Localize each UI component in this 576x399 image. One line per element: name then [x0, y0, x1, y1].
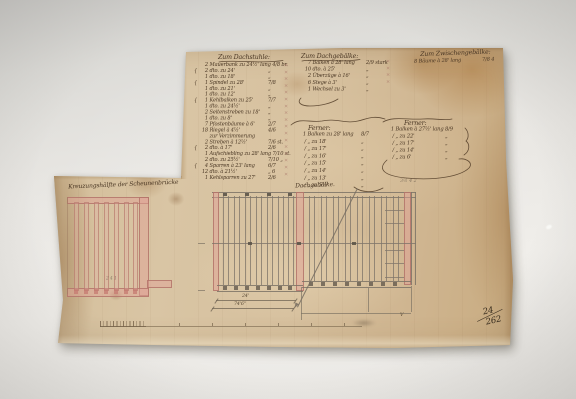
materials-row: 12 dto. à 21½' „ 6: [194, 169, 294, 175]
joist: [288, 196, 294, 285]
right-ladder-beam: [404, 192, 411, 285]
row-item: dto. zu 25½': [210, 157, 267, 163]
dimension-label-74: 74'6": [234, 301, 246, 307]
row-item: dto. à 21½': [210, 169, 267, 175]
joist: [309, 196, 315, 281]
row-item: „ zu 22': [396, 133, 444, 139]
joist: [234, 196, 240, 285]
row-quantity: 2: [200, 67, 209, 73]
joist: [321, 196, 327, 281]
materials-row: { 1 Spindel zu 28' 7/8: [194, 79, 294, 85]
paper-edge-bottom: [54, 335, 515, 348]
pencil-smudge: [352, 319, 376, 327]
row-quantity: /: [298, 160, 307, 166]
row-value: „: [361, 182, 387, 188]
joist-seat: [393, 282, 397, 286]
scale-line: [100, 326, 362, 327]
materials-row: 1 Aufschiebling zu 28' lang 7/10 st.: [194, 151, 294, 157]
row-quantity: 1: [200, 85, 209, 91]
materials-row: 1 Kehlsparren zu 27' 2/6: [194, 174, 294, 180]
row-value: „: [268, 109, 294, 115]
drop-line: [301, 287, 302, 320]
row-quantity: 18: [200, 127, 209, 133]
row-item: „ zu 14': [308, 167, 360, 173]
row-quantity: 8: [408, 58, 417, 64]
caption-center-drawing: Dachgebälke.: [295, 181, 335, 189]
pencil-note: 3½ 4 2: [400, 178, 417, 184]
row-item: Balken à 28' lang: [313, 60, 365, 66]
joist: [133, 202, 138, 291]
row-item: Aufschiebling zu 28' lang: [210, 151, 271, 157]
joist: [357, 196, 363, 281]
row-value: „ 6: [268, 169, 294, 175]
row-item: dto. à 17': [210, 145, 267, 151]
check-marks-dachstuhl: × × × × × × × × × × × × × × × × ×: [284, 62, 288, 178]
row-item: Mauerbank zu 24½' lang: [210, 62, 271, 68]
left-framing-plan: [66, 196, 174, 302]
right-beam: [411, 192, 417, 285]
joist-seat: [369, 282, 373, 286]
joist: [94, 202, 99, 291]
extension-tick: [198, 290, 205, 291]
joist-seat: [321, 282, 325, 286]
materials-row: / „ zu 14' „: [292, 167, 387, 174]
row-quantity: /: [298, 138, 307, 144]
dust-speck: [545, 224, 552, 230]
scale-tick: [245, 323, 246, 327]
row-quantity: 1: [386, 126, 395, 132]
row-value: 8/9: [445, 126, 471, 132]
joist: [333, 196, 339, 281]
joint-node: [248, 242, 252, 245]
joist: [245, 196, 251, 285]
materials-row: / „ zu 16' „: [292, 153, 387, 160]
joist: [223, 196, 229, 285]
flourish-over-ferner-links: [291, 117, 385, 125]
joist-seat: [278, 286, 282, 290]
ladder-rung: [385, 210, 404, 211]
drop-line: [368, 288, 369, 312]
joist-seat: [133, 289, 137, 294]
materials-row: 1 Balken zu 28' lang 8/7: [292, 131, 387, 138]
paper-notch-edge-vertical: [181, 49, 187, 179]
joint-node: [267, 193, 271, 196]
materials-row: 2 Überzüge à 16' „: [297, 73, 392, 80]
ladder-rung: [385, 250, 404, 251]
joist: [124, 202, 129, 291]
materials-row: 6 Stege à 3' „: [297, 80, 392, 87]
row-value: „: [268, 103, 294, 109]
row-value: 2/6: [268, 174, 294, 180]
row-quantity: /: [298, 153, 307, 159]
row-value: „: [366, 86, 392, 92]
materials-row: 2 dto. zu 25½' 7/10 „: [194, 157, 294, 163]
row-value: 7/8 4: [482, 56, 508, 62]
archive-denominator: 262: [485, 314, 503, 327]
dimension-label-24: 24': [242, 293, 249, 299]
row-quantity: 1: [200, 151, 209, 157]
row-item: Kehlbalken zu 25': [210, 97, 267, 103]
v-mark: V: [400, 312, 403, 318]
joist-seat: [267, 286, 271, 290]
row-value: „: [361, 167, 387, 173]
row-quantity: 2: [200, 62, 209, 68]
row-quantity: 6: [303, 80, 312, 86]
row-item: dto. zu 8': [210, 115, 267, 121]
row-value: „: [361, 160, 387, 166]
row-quantity: /: [386, 133, 395, 139]
row-quantity: /: [386, 147, 395, 153]
row-value: „: [445, 154, 471, 160]
row-item: zur Verzimmerung: [210, 133, 267, 139]
row-value: 4/6: [268, 127, 294, 133]
row-quantity: 1: [200, 91, 209, 97]
joint-node: [223, 193, 227, 196]
row-item: „ zu 18': [308, 138, 360, 144]
row-item: Balken à 27½' lang: [396, 126, 444, 132]
row-quantity: /: [386, 154, 395, 160]
materials-row: 18 Riegel à 4½' 4/6: [194, 127, 294, 133]
joist-seat: [345, 282, 349, 286]
row-quantity: 7: [303, 60, 312, 66]
joist-seat: [288, 286, 292, 290]
row-item: Spindel zu 28': [210, 79, 267, 85]
row-value: „: [268, 73, 294, 79]
row-item: dto. zu 24½': [210, 103, 267, 109]
row-quantity: 2: [200, 139, 209, 145]
row-value: „: [268, 67, 294, 73]
joist: [369, 196, 375, 281]
row-item: „ zu 15': [308, 160, 360, 166]
row-item: Streben à 12½': [210, 139, 267, 145]
materials-row: 2 Streben à 12½' 7/6 st.: [194, 139, 294, 145]
materials-row: zur Verzimmerung: [194, 133, 294, 139]
row-value: 2/6: [268, 145, 294, 151]
row-item: „ zu 17': [396, 140, 444, 146]
row-brace: {: [194, 79, 198, 85]
row-brace: {: [194, 67, 198, 73]
scale-tick: [311, 323, 312, 327]
row-item: „ zu 6': [396, 154, 444, 160]
scale-tick: [212, 323, 213, 327]
row-item: Seitenstreben zu 18': [210, 109, 267, 115]
materials-row: / „ zu 14' „: [380, 147, 471, 154]
row-item: dto. zu 18': [210, 73, 267, 79]
joist-seat: [234, 286, 238, 290]
left-sill-beam: [213, 192, 220, 291]
row-value: „: [268, 91, 294, 97]
paper-sheet: Zum Dachstuhle: 2 Mauerbank zu 24½' lang…: [54, 47, 515, 349]
joist: [256, 196, 262, 285]
joint-node: [288, 193, 292, 196]
row-item: dto. zu 21': [210, 85, 267, 91]
archive-number: 24 262: [474, 300, 519, 333]
row-brace: {: [194, 145, 198, 151]
joint-node: [245, 193, 249, 196]
dimension-line-24: [216, 300, 296, 301]
row-item: Überzüge à 16': [313, 73, 365, 79]
paper-surface: Zum Dachstuhle: 2 Mauerbank zu 24½' lang…: [54, 47, 515, 349]
row-value: „: [445, 133, 471, 139]
materials-row: 1 dto. zu 18' „: [194, 73, 294, 79]
materials-row: 1 dto. zu 24½' „: [194, 103, 294, 109]
row-item: Balken zu 28' lang: [308, 131, 360, 137]
materials-row: / „ zu 6' „: [380, 154, 471, 161]
dachstuhl-rows: 2 Mauerbank zu 24½' lang 4/8 br. { 2 dto…: [194, 62, 294, 181]
row-value: 6/7: [268, 163, 294, 169]
left-edge-line: [67, 197, 68, 294]
row-item: Riegel à 4½': [210, 127, 267, 133]
row-item: „ zu 14': [396, 147, 444, 153]
joist-seat: [74, 289, 78, 294]
row-quantity: 1: [200, 115, 209, 121]
materials-row: { 1 Kehlbalken zu 25' 7/7: [194, 97, 294, 103]
joint-node: [297, 242, 301, 245]
materials-row: 2 Seitenstreben zu 18' „: [194, 109, 294, 115]
joist-seat: [223, 286, 227, 290]
row-quantity: 1: [200, 97, 209, 103]
row-quantity: /: [386, 140, 395, 146]
materials-row: 1 dto. zu 12' „: [194, 91, 294, 97]
row-value: „: [445, 140, 471, 146]
pencil-marks-left-drawing: 2 4 1: [106, 276, 117, 281]
dachgebaelke-rows: 7 Balken à 28' lang 2/9 stark 10 dto. à …: [297, 60, 392, 93]
row-value: 7/10 „: [268, 157, 294, 163]
ladder-rung: [385, 263, 404, 264]
row-item: Wechsel zu 3': [313, 86, 365, 92]
center-line: [212, 243, 416, 244]
materials-row: / „ zu 22' „: [380, 133, 471, 140]
materials-row: { 4 Sparren à 23' lang 6/7: [194, 163, 294, 169]
row-quantity: 2: [303, 73, 312, 79]
row-quantity: 4: [200, 163, 209, 169]
joist: [278, 196, 284, 285]
joist-seat: [84, 289, 88, 294]
row-quantity: 2: [200, 157, 209, 163]
row-quantity: /: [298, 175, 307, 181]
flourish-end-dachgebaelke: [299, 98, 338, 106]
row-quantity: 2: [200, 145, 209, 151]
materials-row: / „ zu 17' „: [380, 140, 471, 147]
row-value: „: [361, 175, 387, 181]
row-item: „ zu 16': [308, 153, 360, 159]
materials-row: 7 Balken à 28' lang 2/9 stark: [297, 60, 392, 67]
materials-row: 1 Wechsel zu 3' „: [297, 86, 392, 93]
scale-bar: [100, 321, 372, 333]
materials-row: 8 Bäume à 28' lang 7/8 4: [403, 56, 508, 64]
row-quantity: 10: [303, 67, 312, 73]
row-value: 7/6 st.: [268, 139, 294, 145]
row-value: „: [268, 85, 294, 91]
joist-seat: [94, 289, 98, 294]
extension-tick: [198, 243, 205, 244]
paper-edge-left: [54, 175, 63, 347]
row-item: dto. zu 24': [210, 67, 267, 73]
row-quantity: 1: [200, 79, 209, 85]
row-quantity: 1: [200, 103, 209, 109]
row-quantity: 1: [298, 131, 307, 137]
scale-tick: [344, 323, 345, 327]
row-quantity: 1: [200, 73, 209, 79]
row-value: 7/7: [268, 97, 294, 103]
row-item: Stege à 3': [313, 80, 365, 86]
ladder-rung: [385, 223, 404, 224]
materials-row: / „ zu 18' „: [292, 138, 387, 145]
row-value: „: [445, 147, 471, 153]
lower-line: [301, 313, 411, 314]
materials-row: { 2 dto. zu 24' „: [194, 67, 294, 73]
row-value: „: [268, 115, 294, 121]
materials-row: / „ zu 15' „: [292, 160, 387, 167]
row-quantity: 7: [200, 121, 209, 127]
row-value: 2/7: [268, 121, 294, 127]
ferner-rechts-rows: 1 Balken à 27½' lang 8/9 / „ zu 22' „ /: [380, 126, 471, 161]
photo-stage: Zum Dachstuhle: 2 Mauerbank zu 24½' lang…: [0, 0, 576, 399]
caption-left-drawing: Kreuzungshälfte der Scheunenbrücke: [68, 178, 178, 190]
joist-seat: [124, 289, 128, 294]
materials-row: 1 dto. zu 21' „: [194, 85, 294, 91]
row-item: Kehlsparren zu 27': [210, 174, 267, 180]
center-framing-plan: 24' 74'6" V: [212, 190, 418, 330]
row-brace: {: [194, 97, 198, 103]
materials-row: / „ zu 17' „: [292, 146, 387, 153]
row-quantity: /: [298, 167, 307, 173]
row-value: 7/8: [268, 79, 294, 85]
materials-row: { 2 dto. à 17' 2/6: [194, 145, 294, 151]
check-marks-dachgebaelke: × × × ×: [386, 58, 390, 85]
ladder-rung: [385, 277, 404, 278]
row-item: dto. à 25': [313, 67, 365, 73]
row-item: dto. zu 12': [210, 91, 267, 97]
joist-seat: [114, 289, 118, 294]
joint-node: [352, 242, 356, 245]
row-quantity: 2: [200, 109, 209, 115]
joist-seat: [256, 286, 260, 290]
zwischengebaelke-rows: 8 Bäume à 28' lang 7/8 4: [403, 56, 508, 64]
joist-seat: [381, 282, 385, 286]
joist: [267, 196, 273, 285]
materials-row: 1 Balken à 27½' lang 8/9: [380, 126, 471, 133]
row-item: „ zu 17': [308, 146, 360, 152]
joist-seat: [357, 282, 361, 286]
row-quantity: 1: [200, 174, 209, 180]
row-quantity: 12: [200, 169, 209, 175]
dimension-line-74: [212, 308, 294, 309]
row-quantity: /: [298, 146, 307, 152]
materials-row: 1 dto. zu 8' „: [194, 115, 294, 121]
joist-seat: [245, 286, 249, 290]
row-item: Sparren à 23' lang: [210, 163, 267, 169]
row-item: Pfostenbäume à 6': [210, 121, 267, 127]
joist: [74, 202, 79, 291]
materials-row: 7 Pfostenbäume à 6' 2/7: [194, 121, 294, 127]
scale-tick: [278, 323, 279, 327]
column-title-dachstuhl: Zum Dachstuhle:: [218, 53, 270, 61]
scale-tick: [179, 323, 180, 327]
row-item: Bäume à 28' lang: [418, 56, 480, 63]
joist: [393, 196, 399, 281]
row-brace: {: [194, 163, 198, 169]
joist: [84, 202, 89, 291]
joist: [381, 196, 387, 281]
joist-seat: [104, 289, 108, 294]
drop-line: [411, 286, 412, 312]
ledger-beam: [147, 280, 172, 288]
flourish-under-ferner-rechts: [382, 159, 470, 179]
joist-seat: [333, 282, 337, 286]
column-title-dachgebaelke: Zum Dachgebälke:: [301, 52, 358, 60]
materials-row: 2 Mauerbank zu 24½' lang 4/8 br.: [194, 62, 294, 68]
row-quantity: 1: [303, 86, 312, 92]
